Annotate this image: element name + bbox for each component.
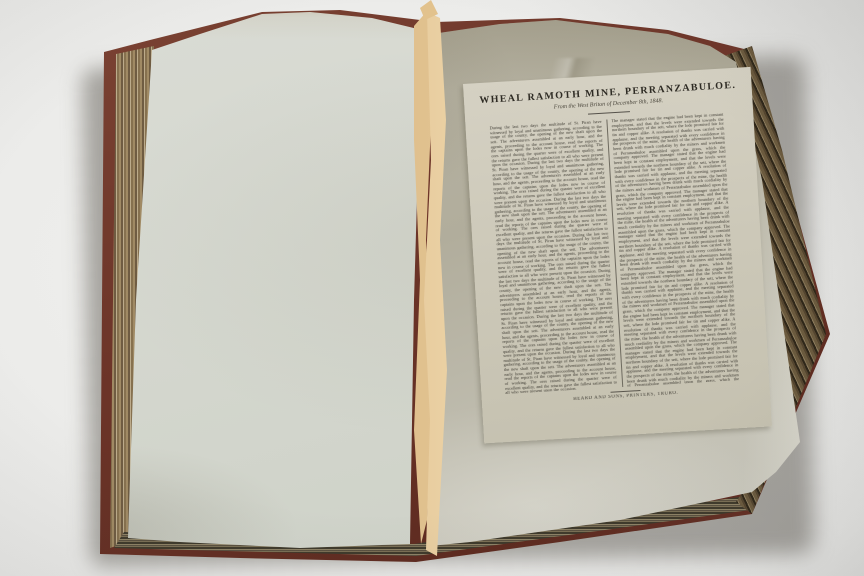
news-clipping: WHEAL RAMOTH MINE, PERRANZABULOE. From t…	[463, 67, 772, 443]
photo-scene: WHEAL RAMOTH MINE, PERRANZABULOE. From t…	[0, 0, 864, 576]
title-rule	[588, 111, 630, 114]
clipping-column-right: The manager stated that the engine had b…	[611, 113, 739, 387]
clipping-column-left: During the last two days the multitude o…	[490, 120, 618, 394]
clipping-columns: During the last two days the multitude o…	[466, 111, 769, 396]
news-clipping-content: WHEAL RAMOTH MINE, PERRANZABULOE. From t…	[463, 67, 772, 443]
